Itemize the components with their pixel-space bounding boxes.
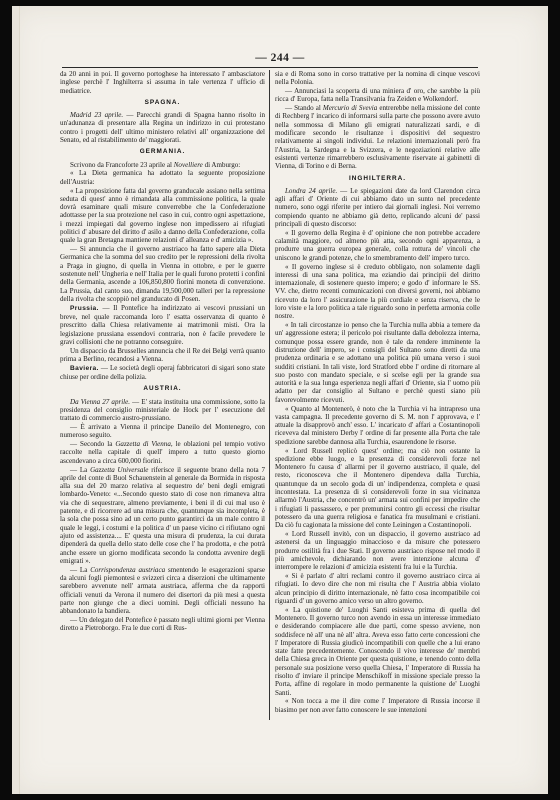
quote-paragraph: « La Dieta germanica ha adottato la segu… <box>60 169 265 186</box>
source-name: Corrispondenza austriaca <box>90 566 165 574</box>
quote-paragraph: « La proposizione fatta dal governo gran… <box>60 187 265 245</box>
paragraph: — Si annuncia che il governo austriaco h… <box>60 245 265 303</box>
subsection-lead-prussia: Prussia. <box>70 305 99 312</box>
paragraph: Londra 24 aprile. — Le spiegazioni date … <box>275 187 480 228</box>
paragraph: — Un delegato del Pontefice è passato ne… <box>60 616 265 633</box>
quote-paragraph: « Il governo della Regina è d' opinione … <box>275 229 480 262</box>
section-heading-spagna: SPAGNA. <box>60 99 265 107</box>
source-name: Gazzetta di Vienna, <box>115 440 172 448</box>
quote-paragraph: « Quanto al Montenerò, è noto che la Tur… <box>275 405 480 446</box>
dateline: Madrid 23 aprile. <box>70 111 123 119</box>
left-column: da 20 anni in poi. Il governo portoghese… <box>60 70 269 720</box>
paragraph: — La Gazzetta Universale riferisce il se… <box>60 466 265 566</box>
paragraph: da 20 anni in poi. Il governo portoghese… <box>60 70 265 95</box>
section-heading-inghilterra: INGHILTERRA. <box>275 175 480 183</box>
paragraph: — Stando al Mercurio di Svevia entrerebb… <box>275 104 480 170</box>
right-column: sia e di Roma sono in corso trattative p… <box>269 70 480 720</box>
quote-paragraph: « Il governo inglese si è creduto obblig… <box>275 263 480 321</box>
paragraph: — È arrivato a Vienna il principe Daneil… <box>60 423 265 440</box>
section-heading-austria: AUSTRIA. <box>60 385 265 393</box>
quote-paragraph: « Si è parlato d' altri reclami contro i… <box>275 572 480 605</box>
paragraph: — Secondo la Gazzetta di Vienna, le obla… <box>60 440 265 465</box>
dateline: Londra 24 aprile. <box>285 187 337 195</box>
page-edge <box>12 6 20 794</box>
section-heading-germania: GERMANIA. <box>60 148 265 156</box>
paragraph: sia e di Roma sono in corso trattative p… <box>275 70 480 87</box>
subsection-lead-baviera: Baviera. <box>70 365 99 372</box>
quote-paragraph: « Lord Russell invitò, con un dispaccio,… <box>275 530 480 571</box>
quote-paragraph: « Non tocca a me il dire come l' Imperat… <box>275 697 480 714</box>
quote-paragraph: « Lord Russell replicò quest' ordine; ma… <box>275 447 480 530</box>
paragraph: Prussia. — Il Pontefice ha indirizzato a… <box>60 304 265 346</box>
source-name: Mercurio di Svevia <box>323 104 377 112</box>
header-rule <box>62 67 478 68</box>
paragraph: — La Corrispondenza austriaca smentendo … <box>60 566 265 616</box>
paragraph: Madrid 23 aprile. — Parecchi grandi di S… <box>60 111 265 144</box>
newspaper-page: — 244 — da 20 anni in poi. Il governo po… <box>12 6 548 794</box>
paragraph: Baviera. — Le società degli operaj fabbr… <box>60 364 265 382</box>
page-number: — 244 — <box>12 52 548 64</box>
paragraph: Da Vienna 27 aprile. — E' stata institui… <box>60 398 265 423</box>
source-name: Novelliere <box>174 161 203 169</box>
paragraph: Un dispaccio da Brusselles annuncia che … <box>60 347 265 364</box>
source-name: Gazzetta Universale <box>90 466 148 474</box>
quote-paragraph: « La quistione de' Luoghi Santi esisteva… <box>275 606 480 697</box>
paragraph: — Annunciasi la scoperta di una miniera … <box>275 87 480 104</box>
article-columns: da 20 anni in poi. Il governo portoghese… <box>60 70 480 720</box>
quote-paragraph: « In tali circostanze io penso che la Tu… <box>275 321 480 404</box>
dateline: Da Vienna 27 aprile. <box>70 398 130 406</box>
paragraph: Scrivono da Francoforte 23 aprile al Nov… <box>60 161 265 169</box>
